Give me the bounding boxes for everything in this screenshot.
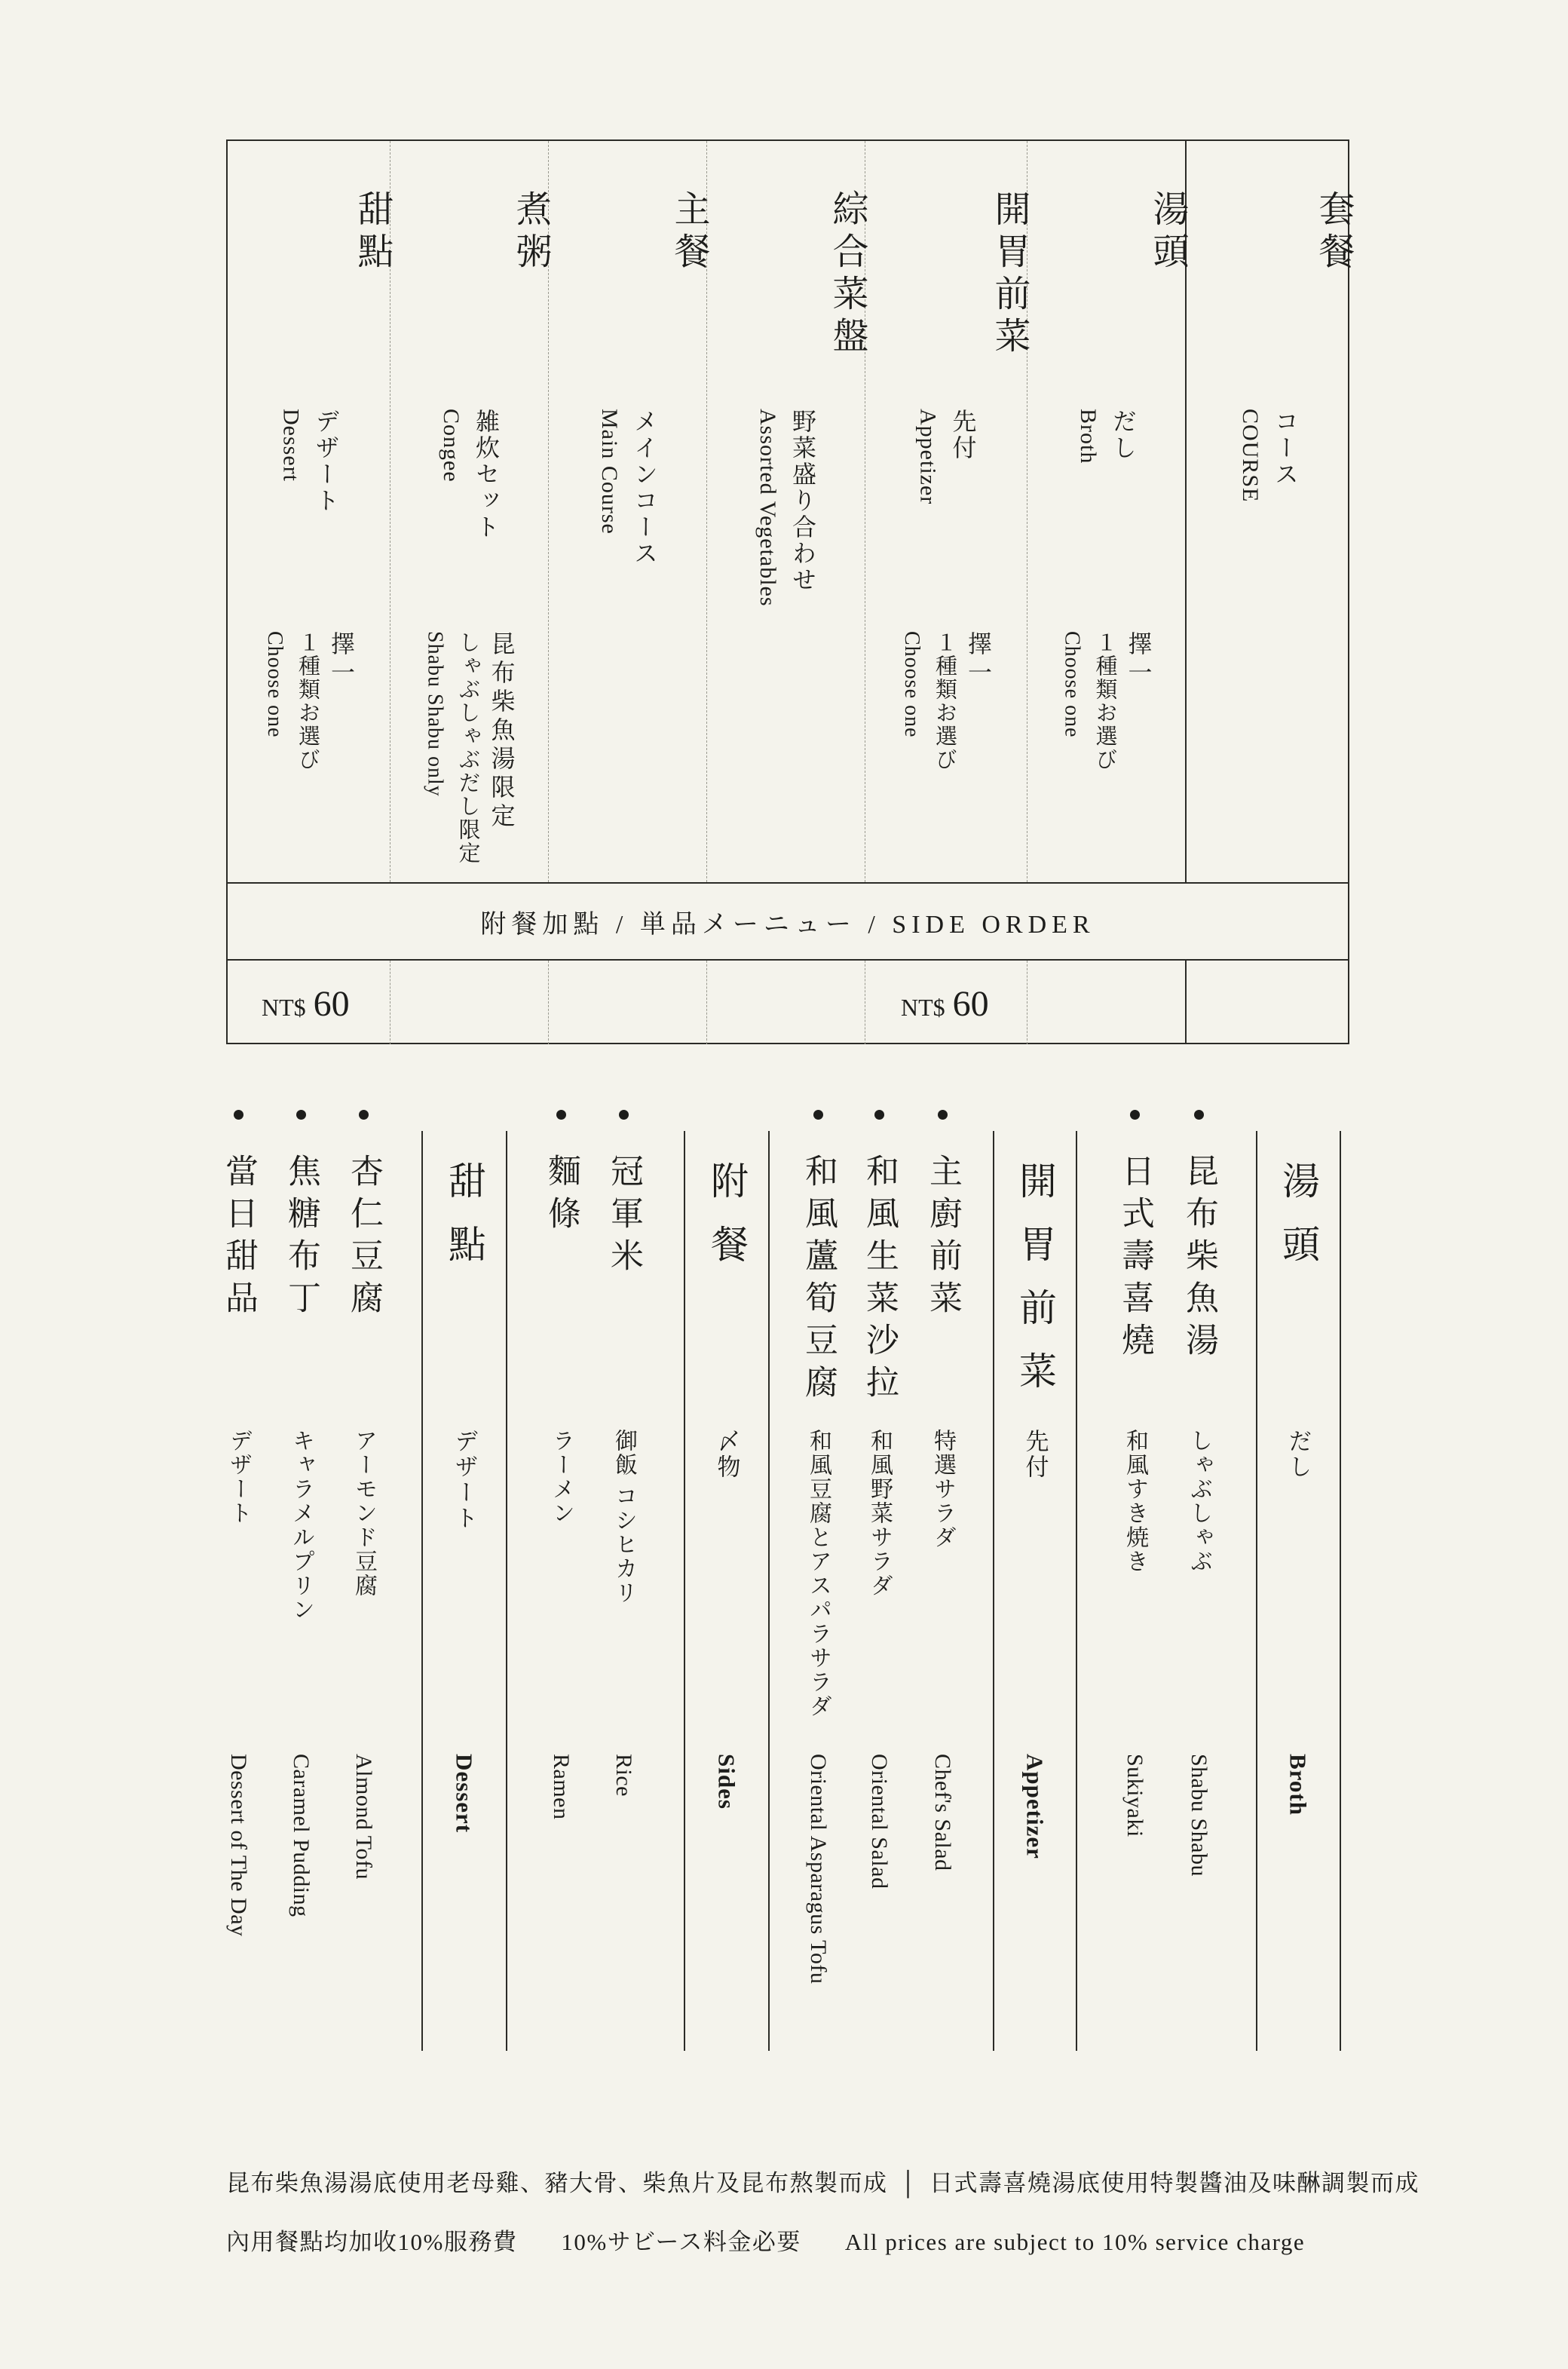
column-subtitle: コース COURSE [1185,409,1351,502]
divider-solid [1185,961,1187,1044]
note-zh: 擇一 [966,631,991,771]
menu-item-name-en: Dessert of The Day [208,1754,268,1937]
section-title-ja: 先付 [1005,1429,1065,1480]
course-column-broth: 湯頭 だし Broth 擇一 １種類お選び Choose one [1027,141,1185,882]
column-subtitle: 雑炊セット Congee [390,409,548,541]
subtitle-en: Main Course [598,409,620,567]
price-row: NT$ 60 NT$ 60 [228,961,1348,1044]
column-title: 煮粥 [390,190,548,274]
menu-item-name-ja: デザート [208,1429,268,1525]
note-zh: 擇一 [329,631,354,771]
course-header-row: 套餐 コース COURSE 湯頭 だし Broth 擇一 １種類お選び Choo… [228,141,1348,882]
menu-item-name-en: Ramen [531,1754,591,1819]
section-rule [768,1131,770,2051]
column-note: 擇一 １種類お選び Choose one [1027,631,1185,771]
section-title-ja: デザート [434,1429,495,1531]
price-dessert: NT$ 60 [262,983,350,1025]
side-order-label: 附餐加點 / 単品メーニュー / SIDE ORDER [480,903,1095,940]
section-rule [506,1131,507,2051]
column-subtitle: だし Broth [1027,409,1185,464]
note-zh: 擇一 [1127,631,1151,771]
note-en: Choose one [1061,631,1083,771]
note-en: Shabu Shabu only [424,631,446,865]
menu-item-name-ja: 特選サラダ [912,1429,972,1549]
menu-item-name-en: Shabu Shabu [1168,1754,1229,1877]
column-subtitle: メインコース Main Course [548,409,706,567]
subtitle-ja: メインコース [632,409,657,567]
subtitle-en: Assorted Vegetables [756,409,779,607]
menu-item-name-en: Oriental Asparagus Tofu [788,1754,848,1984]
column-subtitle: 野菜盛り合わせ Assorted Vegetables [706,409,865,607]
menu-item-name-zh: 冠軍米 [593,1154,654,1280]
section-title-en: Dessert [434,1754,495,1833]
menu-item-name-en: Oriental Salad [849,1754,909,1889]
subtitle-en: Congee [439,409,462,541]
bullet-icon [531,1110,591,1120]
price-appetizer: NT$ 60 [901,983,989,1025]
menu-item-name-ja: 和風すき焼き [1104,1429,1165,1574]
column-title: 主餐 [548,190,706,274]
subtitle-en: Dessert [280,409,302,514]
service-charge-ja: 10%サビース料金必要 [561,2229,801,2255]
bullet-icon [333,1110,394,1120]
subtitle-en: Appetizer [917,409,939,504]
menu-item-name-ja: しゃぶしゃぶ [1168,1429,1229,1574]
menu-item-name-ja: 和風野菜サラダ [849,1429,909,1598]
course-table: 套餐 コース COURSE 湯頭 だし Broth 擇一 １種類お選び Choo… [226,139,1349,1044]
course-column-vegetables: 綜合菜盤 野菜盛り合わせ Assorted Vegetables [706,141,865,882]
menu-page: 套餐 コース COURSE 湯頭 だし Broth 擇一 １種類お選び Choo… [0,0,1568,2369]
bullet-icon [1168,1110,1229,1120]
menu-item-name-zh: 和風蘆筍豆腐 [788,1154,848,1407]
section-title-zh: 甜點 [423,1161,506,1288]
section-title-zh: 湯頭 [1257,1161,1340,1288]
menu-item-name-zh: 和風生菜沙拉 [849,1154,909,1407]
menu-item-name-ja: アーモンド豆腐 [333,1429,394,1598]
bullet-icon [788,1110,848,1120]
bullet-icon [849,1110,909,1120]
course-column-dessert: 甜點 デザート Dessert 擇一 １種類お選び Choose one [228,141,390,882]
menu-item-name-ja: 御飯 コシヒカリ [593,1429,654,1605]
section-title-en: Sides [697,1754,757,1810]
service-charge-zh: 內用餐點均加收10%服務費 [226,2229,517,2255]
footer-broth-zh: 昆布柴魚湯湯底使用老母雞、豬大骨、柴魚片及昆布熬製而成 [226,2170,888,2196]
subtitle-ja: 先付 [951,409,975,504]
divider-dashed [706,961,707,1044]
menu-item-name-zh: 杏仁豆腐 [333,1154,394,1322]
footer-note-service-charge: 內用餐點均加收10%服務費10%サビース料金必要All prices are s… [226,2223,1305,2257]
service-charge-en: All prices are subject to 10% service ch… [845,2229,1305,2255]
menu-item-name-zh: 日式壽喜燒 [1104,1154,1165,1365]
note-ja: １種類お選び [296,631,318,771]
footer-sukiyaki-zh: 日式壽喜燒湯底使用特製醬油及味醂調製而成 [929,2170,1419,2196]
menu-item-name-en: Rice [593,1754,654,1797]
footer-separator: │ [900,2170,917,2196]
menu-item-name-ja: キャラメルプリン [271,1429,331,1622]
note-ja: しゃぶしゃぶだし限定 [457,631,479,865]
menu-item-name-en: Caramel Pudding [271,1754,331,1917]
column-note: 擇一 １種類お選び Choose one [228,631,390,771]
menu-item-name-ja: ラーメン [531,1429,591,1525]
menu-item-name-zh: 當日甜品 [208,1154,268,1322]
subtitle-en: Broth [1076,409,1099,464]
subtitle-ja: 雑炊セット [474,409,498,541]
menu-item-name-ja: 和風豆腐とアスパラサラダ [788,1429,848,1718]
bullet-icon [912,1110,972,1120]
note-en: Choose one [901,631,922,771]
note-en: Choose one [264,631,285,771]
section-title-en: Broth [1268,1754,1328,1816]
column-note: 昆布柴魚湯限定 しゃぶしゃぶだし限定 Shabu Shabu only [390,631,548,865]
menu-item-name-en: Chef's Salad [912,1754,972,1871]
bullet-icon [593,1110,654,1120]
column-note: 擇一 １種類お選び Choose one [865,631,1027,771]
bullet-icon [271,1110,331,1120]
section-title-ja: だし [1268,1429,1328,1480]
divider-dashed [390,961,390,1044]
currency: NT$ [262,994,306,1022]
course-column-main-course: 主餐 メインコース Main Course [548,141,706,882]
course-column-congee: 煮粥 雑炊セット Congee 昆布柴魚湯限定 しゃぶしゃぶだし限定 Shabu… [390,141,548,882]
course-column-appetizer: 開胃前菜 先付 Appetizer 擇一 １種類お選び Choose one [865,141,1027,882]
section-title-zh: 附餐 [685,1161,768,1288]
section-rule [1340,1131,1341,2051]
divider-dashed [865,961,865,1044]
side-order-band: 附餐加點 / 単品メーニュー / SIDE ORDER [228,882,1348,961]
column-title: 甜點 [228,190,390,274]
note-ja: １種類お選び [1094,631,1116,771]
course-column-course: 套餐 コース COURSE [1185,141,1351,882]
subtitle-ja: 野菜盛り合わせ [791,409,815,607]
menu-item-name-zh: 昆布柴魚湯 [1168,1154,1229,1365]
subtitle-ja: だし [1111,409,1135,464]
menu-item-name-en: Almond Tofu [333,1754,394,1880]
section-title-en: Appetizer [1005,1754,1065,1859]
column-title: 開胃前菜 [865,190,1027,359]
menu-item-name-zh: 麵條 [531,1154,591,1238]
column-subtitle: 先付 Appetizer [865,409,1027,504]
menu-item-name-zh: 焦糖布丁 [271,1154,331,1322]
column-title: 湯頭 [1027,190,1185,274]
menu-item-name-en: Sukiyaki [1104,1754,1165,1837]
note-zh: 昆布柴魚湯限定 [490,631,514,865]
column-subtitle: デザート Dessert [228,409,390,514]
currency: NT$ [901,994,945,1022]
column-title: 綜合菜盤 [706,190,865,359]
bullet-icon [1104,1110,1165,1120]
section-title-zh: 開胃前菜 [994,1161,1076,1414]
footer-note-broth: 昆布柴魚湯湯底使用老母雞、豬大骨、柴魚片及昆布熬製而成│日式壽喜燒湯底使用特製醬… [226,2164,1419,2198]
subtitle-ja: デザート [314,409,338,514]
section-title-ja: 〆物 [697,1429,757,1480]
amount: 60 [314,983,350,1025]
amount: 60 [953,983,989,1025]
subtitle-ja: コース [1273,409,1297,502]
divider-dashed [1027,961,1027,1044]
note-ja: １種類お選び [933,631,955,771]
bullet-icon [208,1110,268,1120]
column-title: 套餐 [1185,190,1351,274]
subtitle-en: COURSE [1239,409,1261,502]
menu-item-name-zh: 主廚前菜 [912,1154,972,1322]
divider-dashed [548,961,549,1044]
